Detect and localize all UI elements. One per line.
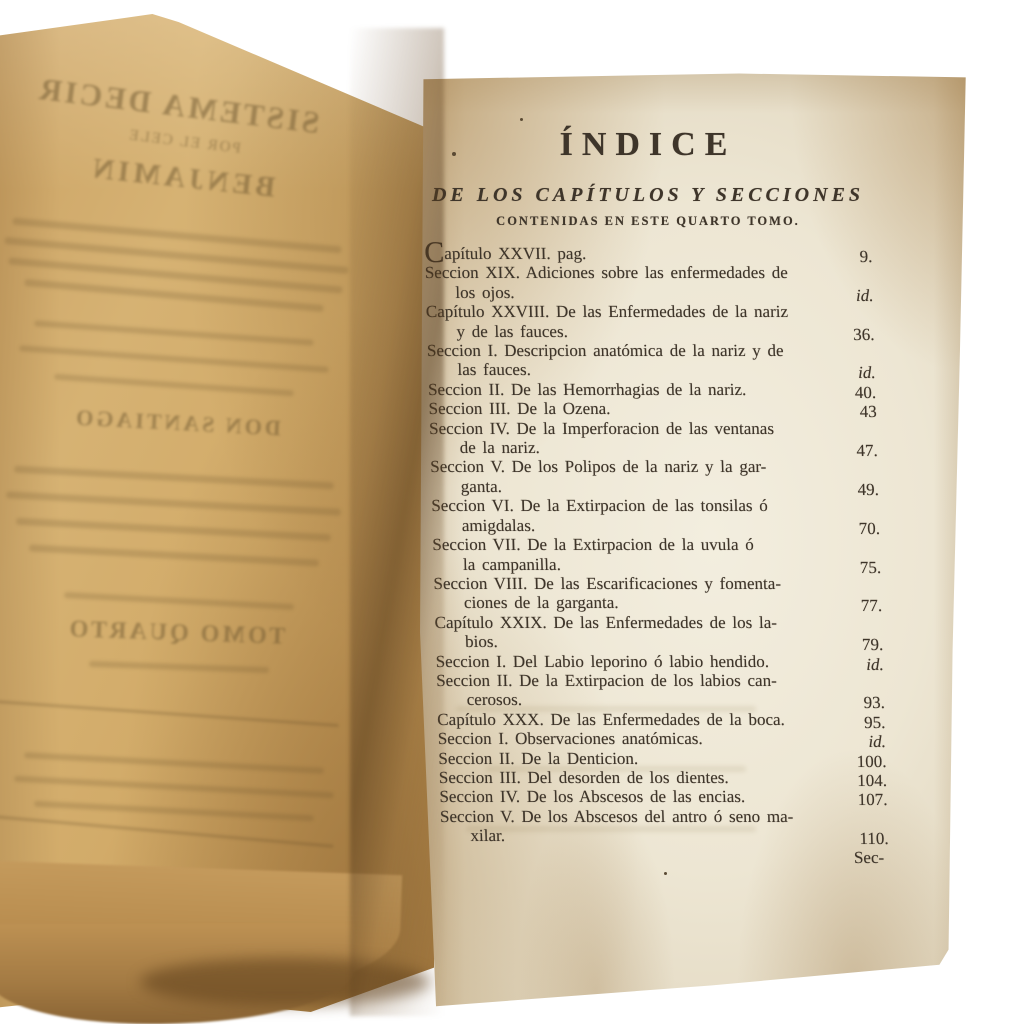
entry-page-number: id. [833,655,884,674]
entry-page-number: 70. [830,519,881,538]
index-page: ÍNDICE DE LOS CAPÍTULOS Y SECCIONES CONT… [396,66,968,1010]
index-entries: Capítulo XXVII. pag. 9. Seccion XIX. Adi… [424,244,889,867]
entry-page-number: id. [823,286,874,305]
entry-page-number: 77. [832,596,883,615]
entry-text: Seccion VI. De la Extirpacion de las ton… [431,496,830,535]
showthrough-faded-line [24,752,324,774]
entry-text: Seccion I. Descripcion anatómica de la n… [427,341,826,380]
entry-text: Seccion IV. De la Imperforacion de las v… [429,419,828,458]
index-entry: Seccion VIII. De las Escarificaciones y … [433,574,882,613]
showthrough-faded-line [16,518,331,541]
entry-page-number: 36. [824,325,875,344]
catchword: Sec- [441,848,890,867]
entry-page-number: 93. [835,693,886,712]
index-entry: Seccion II. De la Extirpacion de los lab… [436,671,885,710]
entry-text: Seccion VII. De la Extirpacion de la uvu… [432,535,831,574]
showthrough-faded-line [54,374,294,397]
showthrough-faded-line [89,661,269,673]
page-curl-shadow [140,958,430,1006]
entry-page-number: 107. [837,790,888,809]
index-entry: Seccion V. De los Polipos de la nariz y … [430,457,879,496]
entry-page-number: 100. [836,752,887,771]
entry-text: Seccion V. De los Polipos de la nariz y … [430,457,829,496]
showthrough-name: DON SANTIAGO [0,400,360,445]
entry-page-number: 40. [826,383,877,402]
page-subtitle-small: CONTENIDAS EN ESTE QUARTO TOMO. [424,213,872,230]
showthrough-faded-line [29,544,319,566]
entry-text: Capítulo XXX. De las Enfermedades de la … [437,710,836,729]
index-entry: Seccion III. Del desorden de los dientes… [439,768,888,787]
entry-text: Seccion III. Del desorden de los dientes… [439,768,838,787]
entry-text: Seccion I. Del Labio leporino ó labio he… [435,652,834,671]
entry-page-number: 95. [835,713,886,732]
entry-text: Seccion XIX. Adiciones sobre las enferme… [425,263,824,302]
entry-text: Seccion V. De los Abscesos del antro ó s… [440,807,839,846]
entry-page-number: 79. [833,635,884,654]
index-entry: Seccion IV. De los Abscesos de las encia… [439,787,888,806]
entry-page-number: 110. [838,829,889,848]
showthrough-rule [0,700,339,727]
page-subtitle: DE LOS CAPÍTULOS Y SECCIONES [424,182,872,208]
showthrough-faded-line [34,801,314,822]
index-entry: Capítulo XXX. De las Enfermedades de la … [437,710,886,729]
entry-text: Capítulo XXVII. pag. [424,244,823,263]
index-content: ÍNDICE DE LOS CAPÍTULOS Y SECCIONES CONT… [396,66,872,867]
index-entry: Seccion II. De las Hemorrhagias de la na… [428,380,877,399]
entry-text: Capítulo XXIX. De las Enfermedades de lo… [434,613,833,652]
entry-page-number: 75. [831,558,882,577]
entry-page-number: 49. [829,480,880,499]
entry-text: Seccion II. De las Hemorrhagias de la na… [428,380,827,399]
catchword-text: Sec- [854,848,885,867]
index-entry: Capítulo XXVII. pag. 9. [424,244,873,263]
index-entry: Seccion IV. De la Imperforacion de las v… [429,419,878,458]
showthrough-faded-line [14,466,334,490]
entry-text: Seccion I. Observaciones anatómicas. [438,729,837,748]
entry-page-number: id. [825,363,876,382]
index-entry: Seccion I. Descripcion anatómica de la n… [427,341,876,380]
showthrough-faded-line [6,491,341,516]
index-entry: Seccion XIX. Adiciones sobre las enferme… [425,263,874,302]
index-entry: Seccion I. Del Labio leporino ó labio he… [435,652,884,671]
book-photo: SISTEMA DECIR POR EL CELE BENJAMIN DON S… [0,0,1024,1024]
entry-page-number: 104. [837,771,888,790]
entry-text: Seccion II. De la Extirpacion de los lab… [436,671,835,710]
entry-page-number: 9. [822,247,873,266]
page-title: ÍNDICE [424,122,872,168]
page-edges-stack [0,840,420,1024]
index-entry: Capítulo XXIX. De las Enfermedades de lo… [434,613,883,652]
entry-page-number: id. [836,732,887,751]
showthrough-faded-line [64,592,294,610]
index-entry: Capítulo XXVIII. De las Enfermedades de … [426,302,875,341]
entry-text: Seccion III. De la Ozena. [428,399,827,418]
ink-speck [664,872,667,875]
showthrough-faded-line [14,776,334,799]
entry-page-number: 43 [826,402,877,421]
index-entry: Seccion II. De la Denticion. 100. [438,749,887,768]
entry-text-rest: apítulo XXVII. pag. [444,244,586,263]
entry-page-number: 47. [828,441,879,460]
entry-text: Seccion IV. De los Abscesos de las encia… [439,787,838,806]
index-entry: Seccion III. De la Ozena. 43 [428,399,877,418]
entry-text: Seccion II. De la Denticion. [438,749,837,768]
showthrough-faded-line [34,320,314,346]
showthrough-volume: TOMO QUARTO [4,614,349,653]
entry-text: Seccion VIII. De las Escarificaciones y … [433,574,832,613]
index-entry: Seccion VI. De la Extirpacion de las ton… [431,496,880,535]
entry-text: Capítulo XXVIII. De las Enfermedades de … [426,302,825,341]
index-entry: Seccion VII. De la Extirpacion de la uvu… [432,535,881,574]
index-entry: Seccion V. De los Abscesos del antro ó s… [440,807,889,846]
index-entry: Seccion I. Observaciones anatómicas. id. [438,729,887,748]
showthrough-faded-line [19,345,329,373]
